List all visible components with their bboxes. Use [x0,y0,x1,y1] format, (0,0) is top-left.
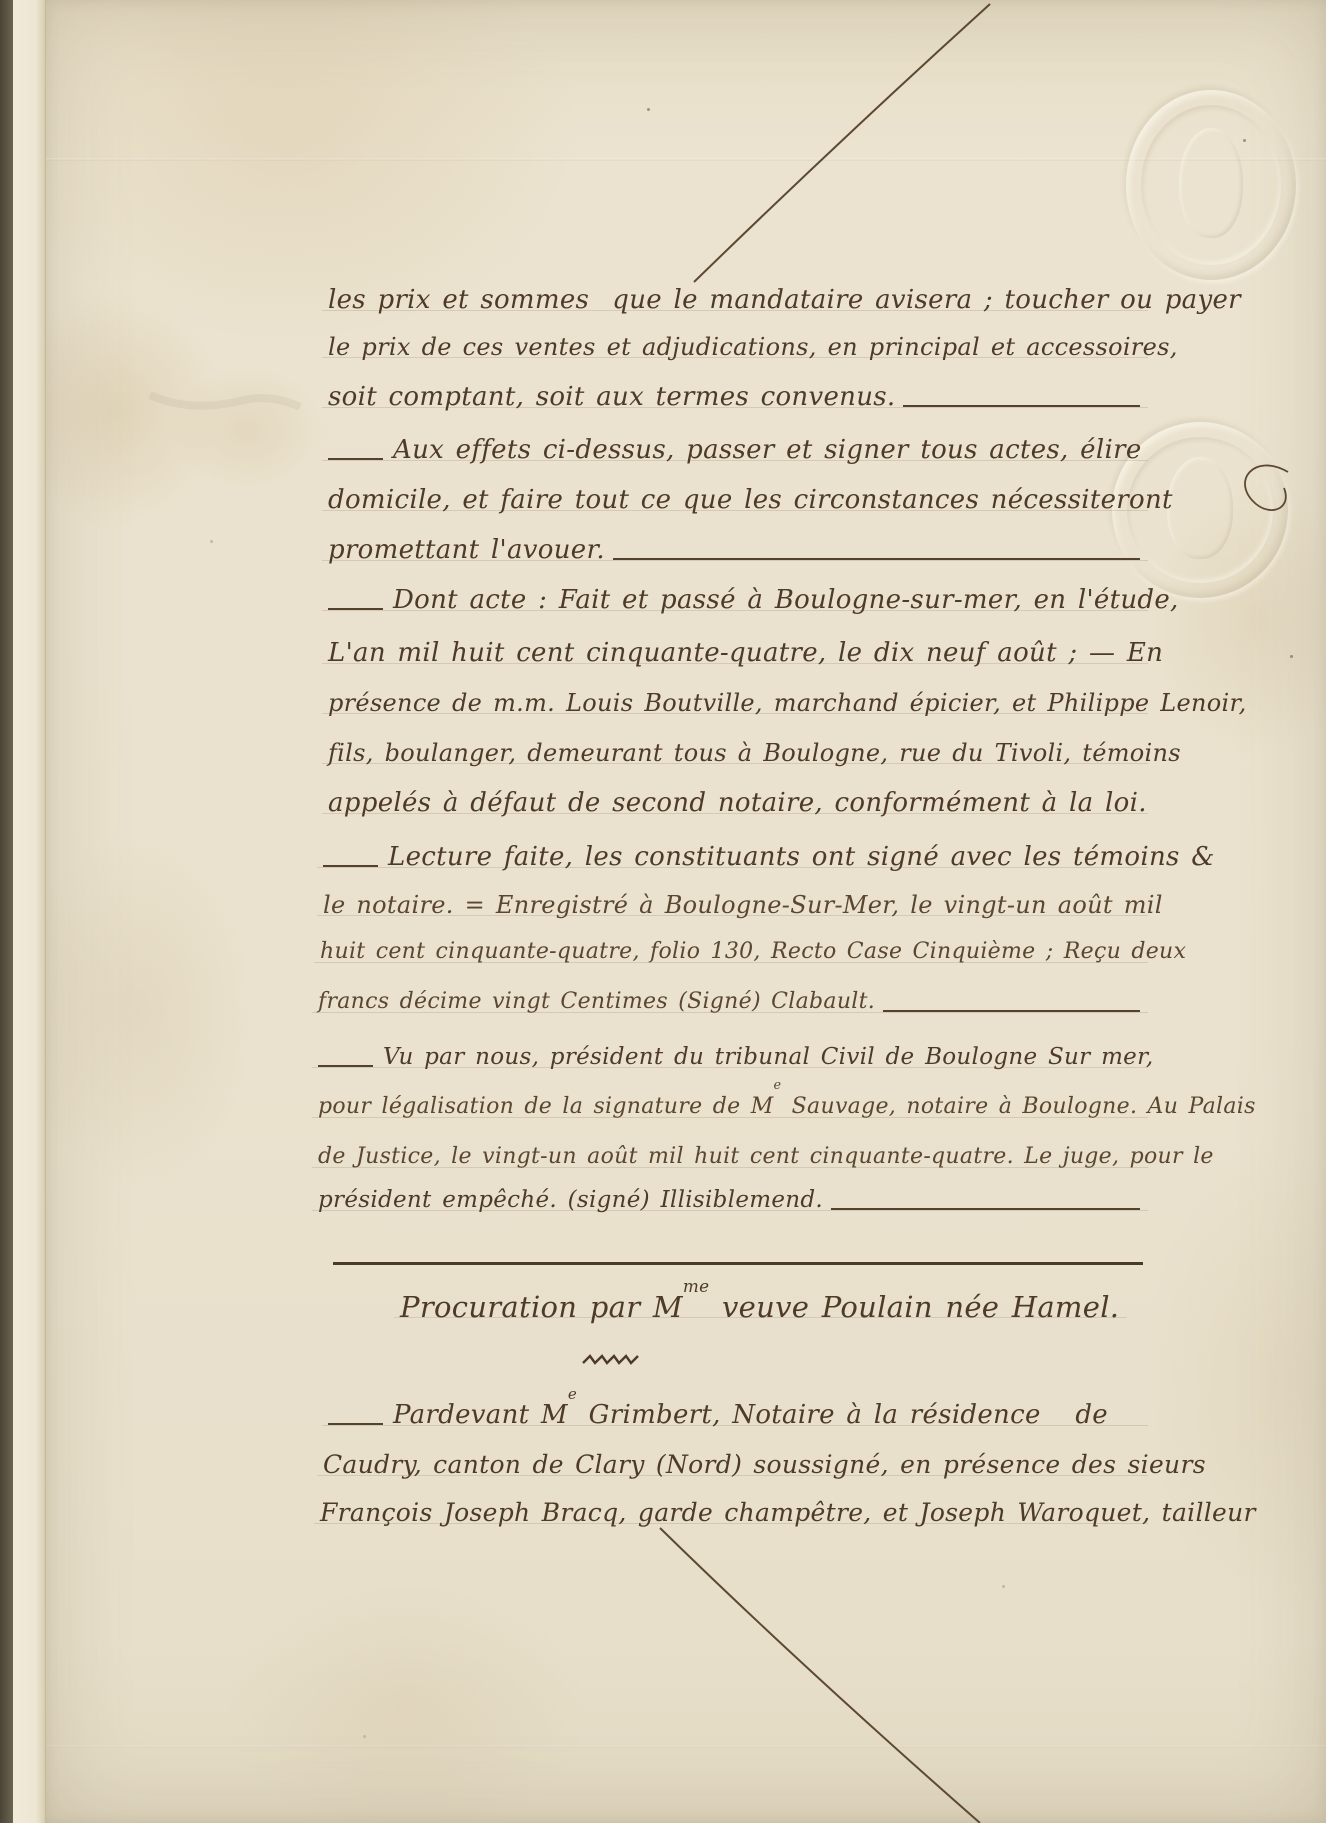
line-text: Aux effets ci-dessus, passer et signer t… [393,429,1142,471]
line-text: Lecture faite, les constituants ont sign… [388,836,1215,878]
line-text: fils, boulanger, demeurant tous à Boulog… [328,732,1181,774]
section-separator-rule [333,1262,1143,1265]
manuscript-line: L'an mil huit cent cinquante-quatre, le … [328,632,1140,674]
line-text: Dont acte : Fait et passé à Boulogne-sur… [393,579,1179,621]
manuscript-line: Caudry, canton de Clary (Nord) soussigné… [323,1444,1140,1486]
line-text: président empêché. (signé) Illisiblemend… [318,1179,823,1221]
diagonal-stroke-bottom [660,1528,980,1823]
manuscript-line: présence de m.m. Louis Boutville, marcha… [328,682,1140,724]
scanned-document: les prix et sommes que le mandataire avi… [0,0,1326,1823]
paragraph-dash [323,836,378,867]
superscript: e [568,1394,577,1436]
manuscript-line: soit comptant, soit aux termes convenus. [328,376,1140,418]
line-text: appelés à défaut de second notaire, conf… [328,782,1147,824]
line-text: Vu par nous, président du tribunal Civil… [383,1036,1153,1078]
paragraph-dash [328,1394,383,1425]
speck [1290,655,1293,658]
line-text: Pardevant M [393,1394,568,1436]
speck [210,540,213,543]
baseline-filler [883,981,1140,1012]
manuscript-line: fils, boulanger, demeurant tous à Boulog… [328,732,1140,774]
pen-flourish [1245,465,1288,510]
line-text: Caudry, canton de Clary (Nord) soussigné… [323,1444,1206,1486]
manuscript-line: président empêché. (signé) Illisiblemend… [318,1179,1140,1221]
manuscript-line: de Justice, le vingt-un août mil huit ce… [318,1136,1140,1178]
paragraph-dash [328,579,383,610]
manuscript-line: huit cent cinquante-quatre, folio 130, R… [320,931,1140,973]
title-underline-squiggle [583,1356,638,1363]
baseline-filler [613,529,1140,560]
line-text: le notaire. = Enregistré à Boulogne-Sur-… [323,884,1163,926]
speck [647,108,650,111]
diagonal-stroke-top [694,4,990,282]
manuscript-line: François Joseph Bracq, garde champêtre, … [320,1492,1140,1534]
superscript: me [683,1286,710,1328]
verso-bleedthrough [150,395,300,407]
line-text: domicile, et faire tout ce que les circo… [328,479,1173,521]
line-text: les prix et sommes que le mandataire avi… [328,279,1241,321]
deed-title: Procuration par Mme veuve Poulain née Ha… [400,1286,1119,1328]
manuscript-line: les prix et sommes que le mandataire avi… [328,279,1140,321]
manuscript-line: pour légalisation de la signature de Me … [318,1086,1140,1128]
manuscript-line: domicile, et faire tout ce que les circo… [328,479,1140,521]
speck [363,1735,366,1738]
title-text: veuve Poulain née Hamel. [709,1286,1119,1328]
baseline-filler [903,376,1140,407]
superscript: e [774,1086,782,1128]
baseline-filler [831,1179,1140,1210]
line-text: huit cent cinquante-quatre, folio 130, R… [320,931,1186,973]
manuscript-line: appelés à défaut de second notaire, conf… [328,782,1140,824]
line-text: François Joseph Bracq, garde champêtre, … [320,1492,1256,1534]
line-text: L'an mil huit cent cinquante-quatre, le … [328,632,1163,674]
line-text: le prix de ces ventes et adjudications, … [328,326,1178,368]
manuscript-line: promettant l'avouer. [328,529,1140,571]
manuscript-line: francs décime vingt Centimes (Signé) Cla… [318,981,1140,1023]
manuscript-line: Aux effets ci-dessus, passer et signer t… [328,429,1140,471]
manuscript-line: le prix de ces ventes et adjudications, … [328,326,1140,368]
title-text: Procuration par M [400,1286,683,1328]
line-text: présence de m.m. Louis Boutville, marcha… [328,682,1247,724]
line-text: Sauvage, notaire à Boulogne. Au Palais [781,1086,1255,1128]
line-text: de Justice, le vingt-un août mil huit ce… [318,1136,1214,1178]
paragraph-dash [328,429,383,460]
manuscript-line: Lecture faite, les constituants ont sign… [323,836,1140,878]
line-text: pour légalisation de la signature de M [318,1086,774,1128]
speck [1243,139,1246,142]
line-text: soit comptant, soit aux termes convenus. [328,376,895,418]
manuscript-line: le notaire. = Enregistré à Boulogne-Sur-… [323,884,1140,926]
line-text: francs décime vingt Centimes (Signé) Cla… [318,981,875,1023]
paragraph-dash [318,1036,373,1067]
manuscript-line: Dont acte : Fait et passé à Boulogne-sur… [328,579,1140,621]
line-text: promettant l'avouer. [328,529,605,571]
manuscript-line: Vu par nous, président du tribunal Civil… [318,1036,1140,1078]
manuscript-line: Pardevant Me Grimbert, Notaire à la rési… [328,1394,1140,1436]
line-text: Grimbert, Notaire à la résidence de [577,1394,1108,1436]
speck [1002,1585,1005,1588]
